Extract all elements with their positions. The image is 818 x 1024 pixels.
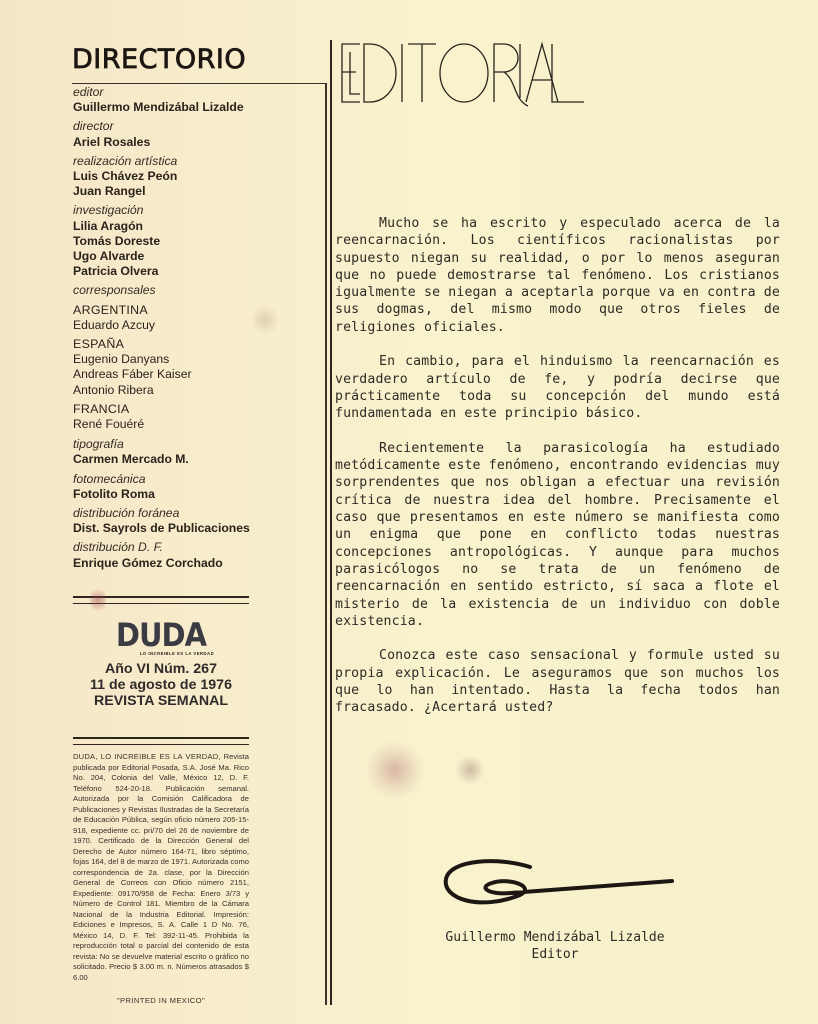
editorial-title-lettering xyxy=(338,38,588,108)
directory-name: Enrique Gómez Corchado xyxy=(73,556,323,571)
paper-stain xyxy=(455,755,485,785)
legal-text: Revista publicada por Editorial Posada, … xyxy=(73,752,249,982)
divider-rule xyxy=(73,737,249,745)
directory-role: director xyxy=(73,119,323,134)
directory-group: FRANCIARené Fouéré xyxy=(73,402,323,432)
directory-list: editorGuillermo Mendizábal Lizaldedirect… xyxy=(73,85,323,575)
directory-group: fotomecánicaFotolito Roma xyxy=(73,472,323,502)
issue-number: Año VI Núm. 267 xyxy=(73,661,249,677)
directory-role: realización artística xyxy=(73,154,323,169)
editorial-paragraph: En cambio, para el hinduismo la reencarn… xyxy=(335,353,780,422)
directory-role: distribución D. F. xyxy=(73,540,323,555)
directory-name: Fotolito Roma xyxy=(73,487,323,502)
directory-name: Juan Rangel xyxy=(73,184,323,199)
issue-frequency: REVISTA SEMANAL xyxy=(73,693,249,709)
legal-notice: DUDA, LO INCREIBLE ES LA VERDAD, Revista… xyxy=(73,752,249,983)
directory-name: Carmen Mercado M. xyxy=(73,452,323,467)
issue-date: 11 de agosto de 1976 xyxy=(73,677,249,693)
column-divider xyxy=(330,40,332,1005)
directory-name: Tomás Doreste xyxy=(73,234,323,249)
directory-role: investigación xyxy=(73,203,323,218)
editorial-paragraph: Mucho se ha escrito y especulado acerca … xyxy=(335,215,780,336)
directory-name: Eugenio Danyans xyxy=(73,352,323,367)
legal-heading: DUDA, LO INCREIBLE ES LA VERDAD, xyxy=(73,752,221,761)
directory-country: FRANCIA xyxy=(73,402,323,417)
directory-role: editor xyxy=(73,85,323,100)
editorial-title xyxy=(338,38,588,113)
editorial-signer: Guillermo Mendizábal Lizalde Editor xyxy=(420,929,690,963)
directory-name: Antonio Ribera xyxy=(73,383,323,398)
directory-name: Dist. Sayrols de Publicaciones xyxy=(73,521,323,536)
magazine-page: DIRECTORIO editorGuillermo Mendizábal Li… xyxy=(0,0,818,1024)
directory-group: distribución D. F.Enrique Gómez Corchado xyxy=(73,540,323,570)
directory-group: realización artísticaLuis Chávez PeónJua… xyxy=(73,154,323,200)
directory-name: Luis Chávez Peón xyxy=(73,169,323,184)
directory-top-rule xyxy=(72,83,327,84)
directory-group: ARGENTINAEduardo Azcuy xyxy=(73,303,323,333)
printed-in-mexico: "PRINTED IN MEXICO" xyxy=(73,996,249,1005)
directory-role: distribución foránea xyxy=(73,506,323,521)
directory-group: ESPAÑAEugenio DanyansAndreas Fáber Kaise… xyxy=(73,337,323,398)
correspondents-list: ARGENTINAEduardo AzcuyESPAÑAEugenio Dany… xyxy=(73,303,323,433)
directory-group: tipografíaCarmen Mercado M. xyxy=(73,437,323,467)
directory-name: Andreas Fáber Kaiser xyxy=(73,367,323,382)
directory-name: Ugo Alvarde xyxy=(73,249,323,264)
signer-role: Editor xyxy=(420,946,690,963)
credits-list: tipografíaCarmen Mercado M.fotomecánicaF… xyxy=(73,437,323,571)
directory-group: investigaciónLilia AragónTomás DoresteUg… xyxy=(73,203,323,279)
directory-country: ESPAÑA xyxy=(73,337,323,352)
directory-name: Lilia Aragón xyxy=(73,219,323,234)
directory-role: tipografía xyxy=(73,437,323,452)
signer-name: Guillermo Mendizábal Lizalde xyxy=(420,929,690,946)
directory-right-rule xyxy=(325,83,327,1005)
directory-group: editorGuillermo Mendizábal Lizalde xyxy=(73,85,323,115)
directory-country: ARGENTINA xyxy=(73,303,323,318)
publication-block: DUDA LO INCREIBLE ES LA VERDAD Año VI Nú… xyxy=(73,620,249,709)
duda-logo: DUDA xyxy=(116,619,206,652)
directory-name: Eduardo Azcuy xyxy=(73,318,323,333)
directory-name: Ariel Rosales xyxy=(73,135,323,150)
directory-name: Guillermo Mendizábal Lizalde xyxy=(73,100,323,115)
signature-icon xyxy=(440,855,680,920)
directory-group: distribución foráneaDist. Sayrols de Pub… xyxy=(73,506,323,536)
directory-role: fotomecánica xyxy=(73,472,323,487)
editorial-body: Mucho se ha escrito y especulado acerca … xyxy=(335,215,780,734)
correspondents-label: corresponsales xyxy=(73,283,323,298)
directory-name: Patricia Olvera xyxy=(73,264,323,279)
paper-stain xyxy=(365,740,425,800)
staff-list: editorGuillermo Mendizábal Lizaldedirect… xyxy=(73,85,323,279)
divider-rule xyxy=(73,596,249,604)
editorial-paragraph: Recientemente la parasicología ha estudi… xyxy=(335,440,780,630)
directory-group: directorAriel Rosales xyxy=(73,119,323,149)
directory-name: René Fouéré xyxy=(73,417,323,432)
editorial-paragraph: Conozca este caso sensacional y formule … xyxy=(335,647,780,716)
directory-title: DIRECTORIO xyxy=(72,44,246,75)
